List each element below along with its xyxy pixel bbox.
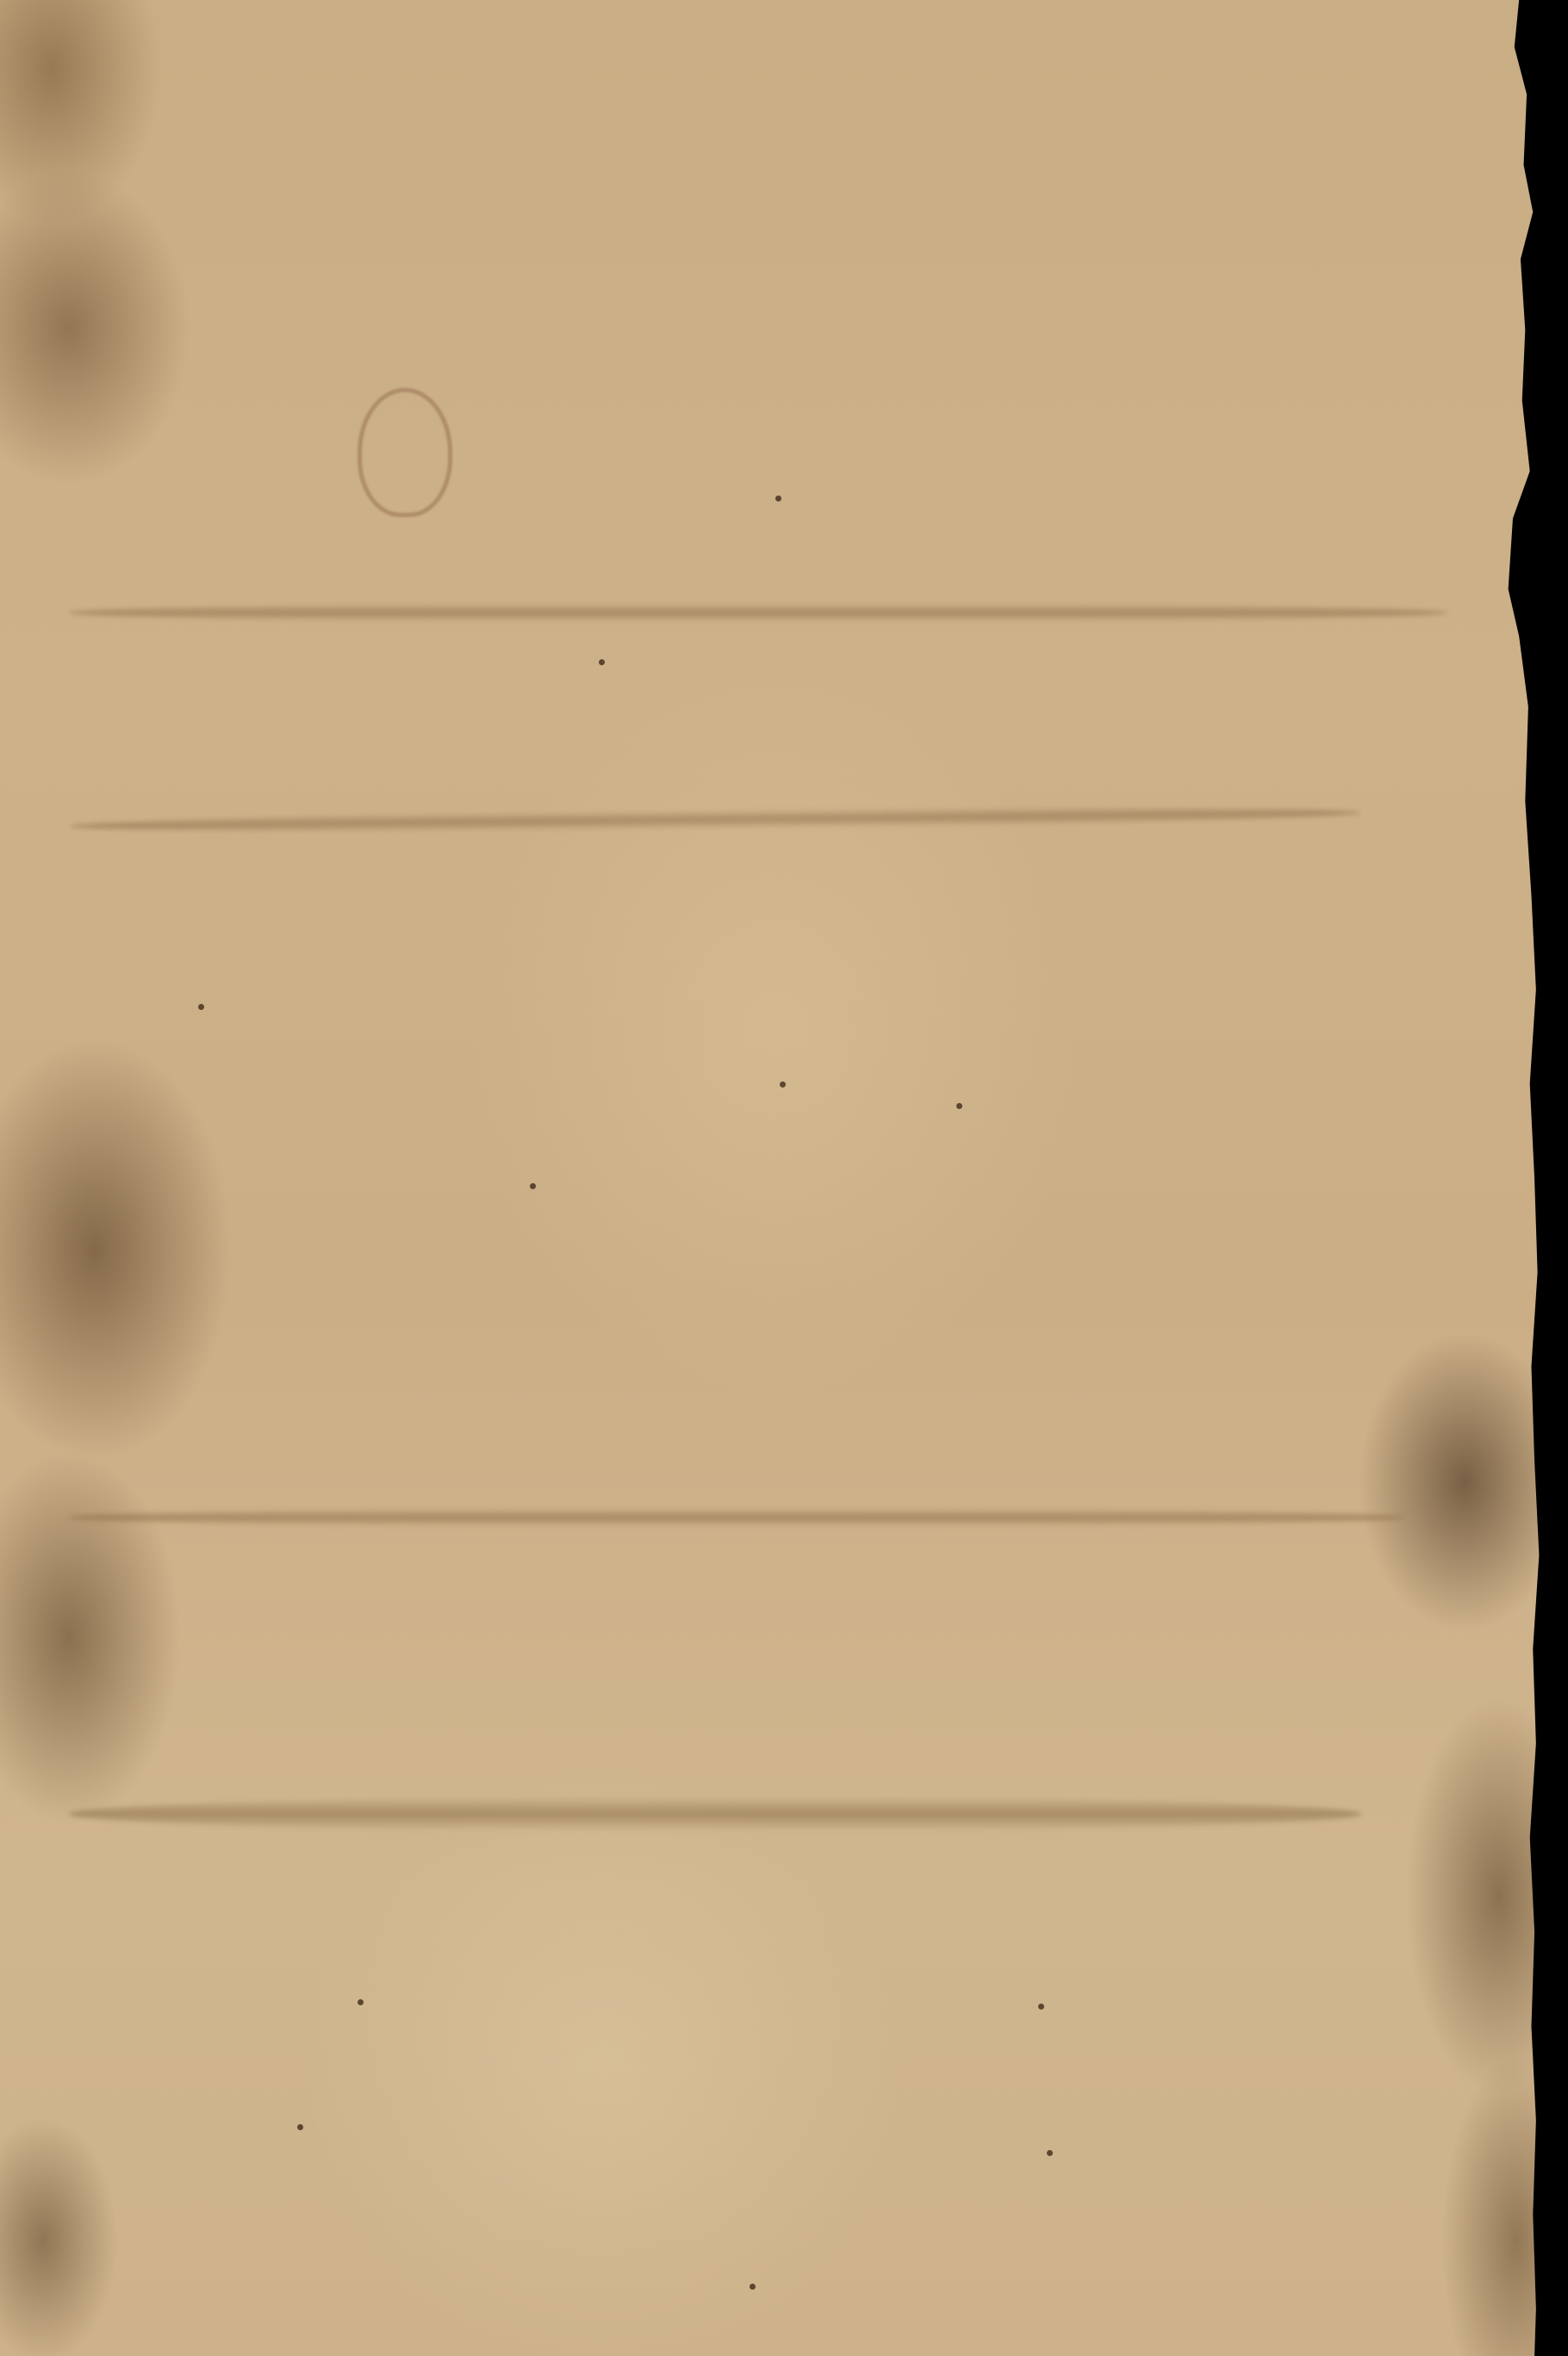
water-stain-line (69, 803, 1361, 836)
speckle (956, 1103, 962, 1109)
speckle (198, 1004, 204, 1010)
image-canvas (0, 0, 1568, 2356)
speckle (297, 2124, 303, 2130)
speckle (530, 1183, 536, 1189)
speckle (358, 1999, 364, 2005)
speckle (775, 496, 781, 502)
speckle (750, 2284, 756, 2290)
aged-paper-texture (0, 0, 1542, 2356)
water-stain-line (69, 603, 1447, 622)
speckle (780, 1081, 786, 1088)
ring-stain (358, 388, 452, 517)
water-stain-line (69, 1508, 1404, 1527)
speckle (1047, 2150, 1053, 2156)
speckle (1038, 2004, 1044, 2010)
water-stain-line (69, 1797, 1361, 1831)
speckle (599, 659, 605, 665)
